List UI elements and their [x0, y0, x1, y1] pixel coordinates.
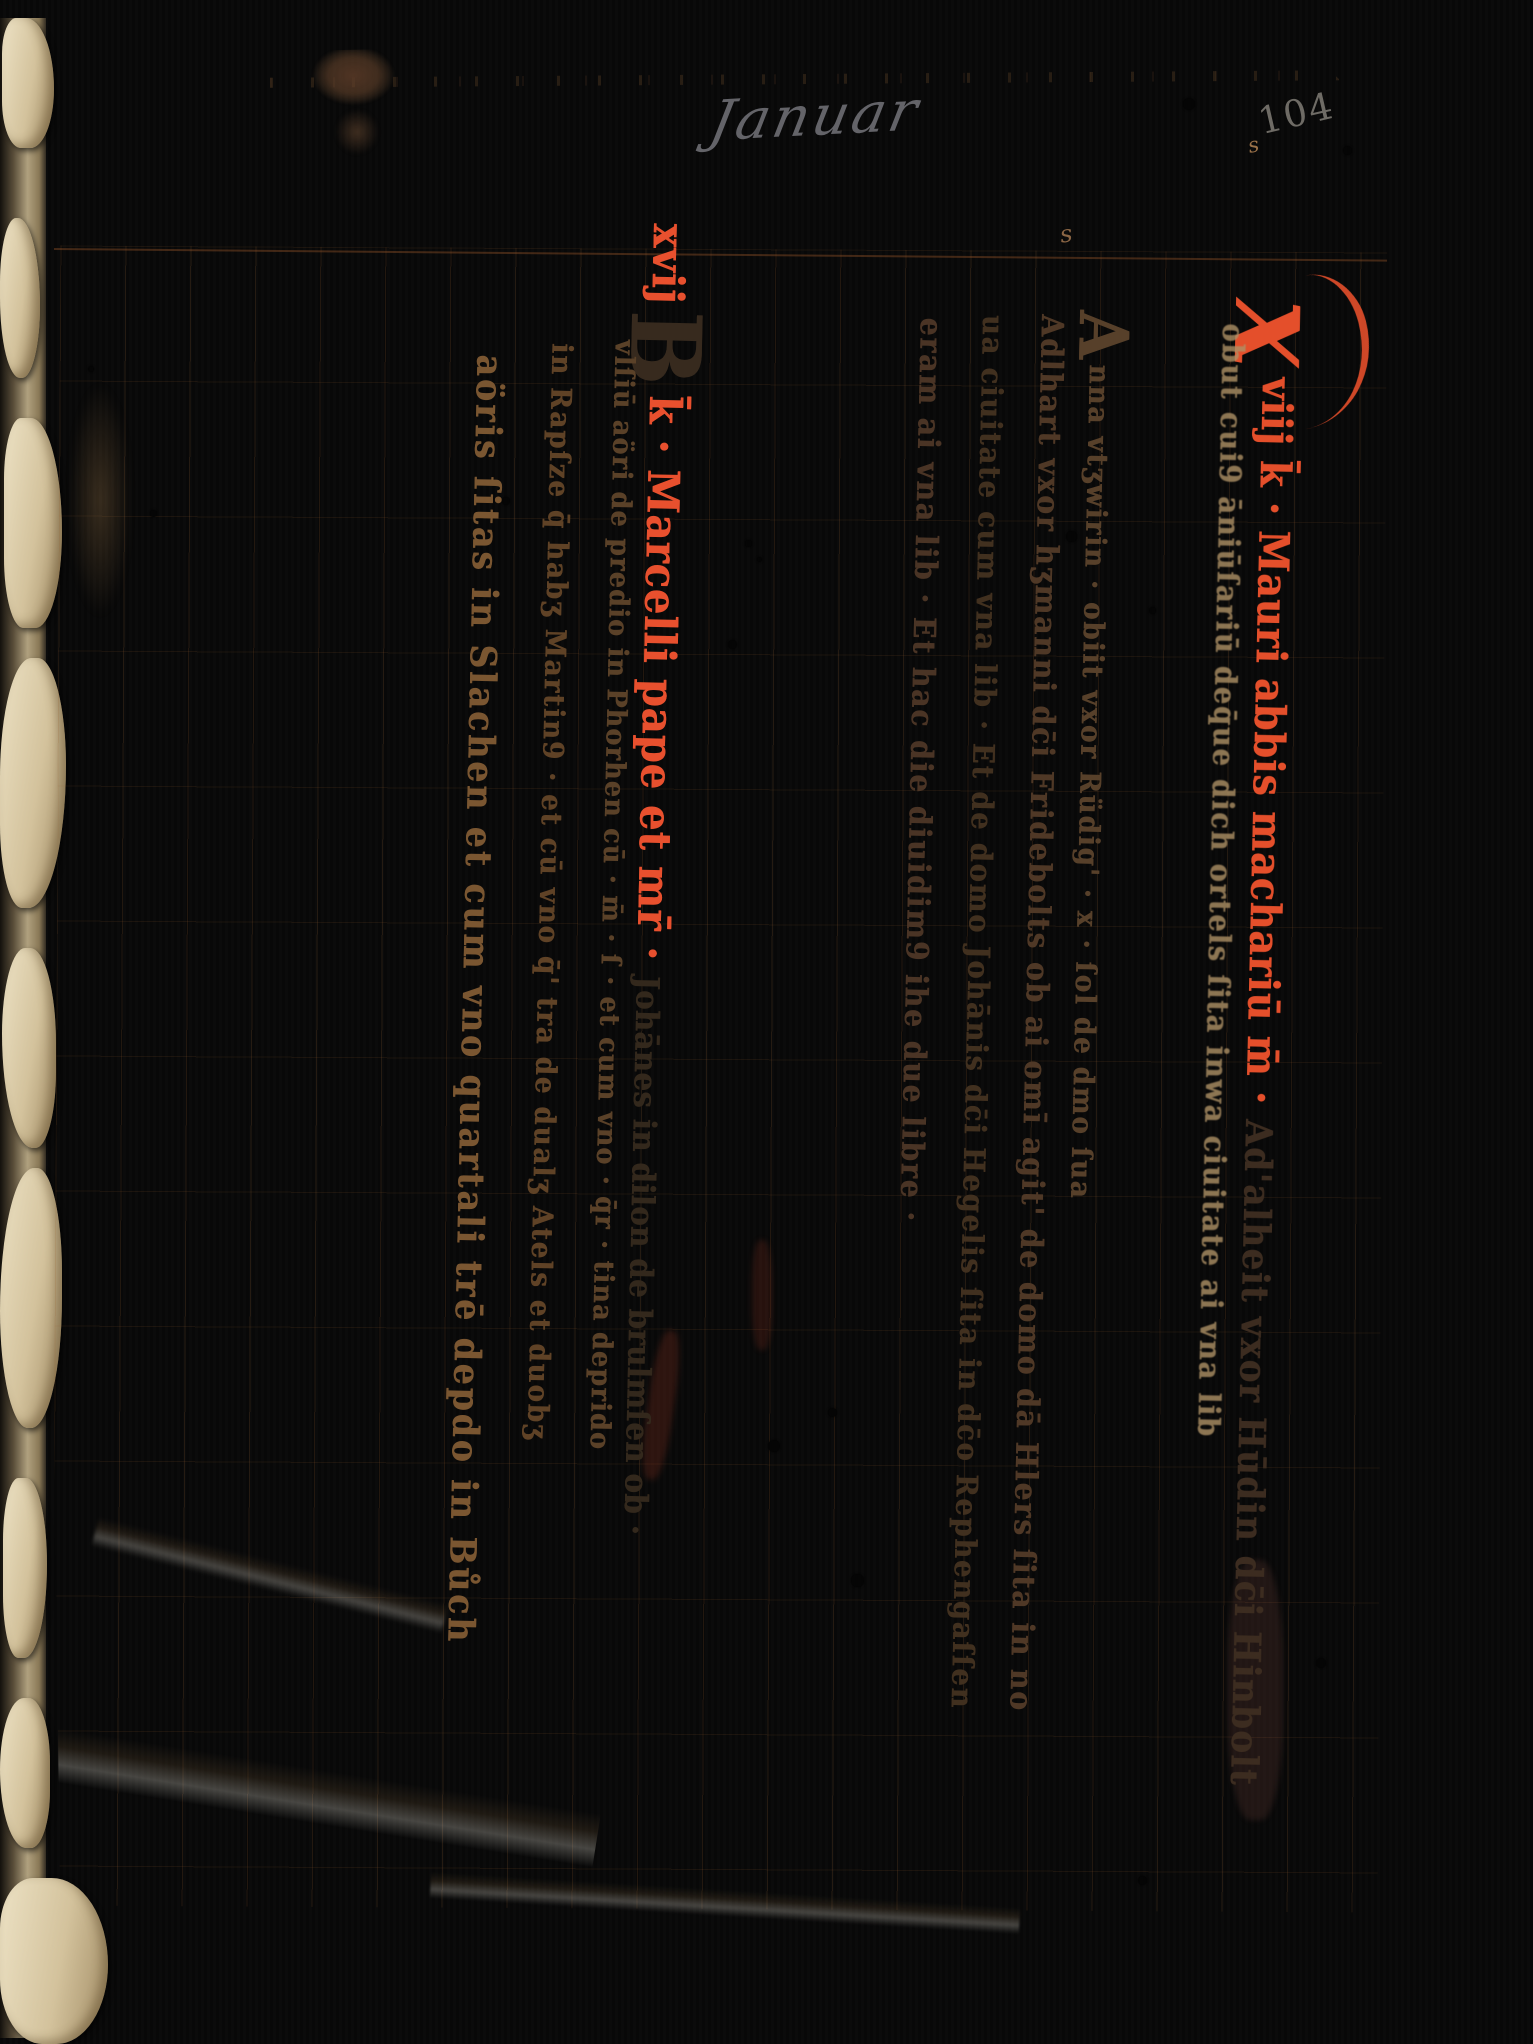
wormhole [1316, 1658, 1326, 1668]
entry1-kalends: k̄ · [1250, 460, 1301, 517]
entry1-line-initial: A [1075, 310, 1131, 361]
wormhole [88, 366, 94, 372]
entry1-line-text: nna vtʒwirin · obiit vxor Rüdig' · x · ſ… [1063, 364, 1115, 1200]
parchment-stub [0, 1698, 50, 1848]
wormhole [1343, 146, 1352, 155]
photo-backdrop: Januar 104 s s xviij k̄ · Mauri abbis ma… [0, 0, 1533, 2044]
manuscript-text-block: xviij k̄ · Mauri abbis machariū m̄ · Ad'… [384, 280, 1302, 2000]
parchment-stub [0, 658, 66, 908]
entry2-text-line: in Rapſze q̄ habʒ Martin9 · et cū vno q̄… [520, 343, 578, 1441]
entry1-text-line: eram ai vna lib · Et hac die diuidim9 ih… [893, 317, 950, 1223]
margin-mark: s [1058, 219, 1074, 248]
entry1-text-line: ua ciuitate cum vna lib · Et de domo Joh… [944, 315, 1010, 1710]
folio-number: 104 [1254, 84, 1338, 143]
ink-stain-tail [330, 104, 384, 160]
gutter-stain [60, 350, 140, 650]
parchment-stub [2, 18, 54, 148]
manuscript-page: Januar 104 s s xviij k̄ · Mauri abbis ma… [0, 0, 1533, 2044]
entry1-obit-name: Ad'alheit vxor Hūdin dc̄i Hinbolt [1221, 1119, 1280, 1787]
wormhole [1183, 98, 1195, 110]
wormhole [150, 510, 157, 517]
margin-mark: s [1246, 132, 1262, 158]
entry1-feast: Mauri abbis machariū m̄ · [1237, 530, 1300, 1106]
entry2-day-numeral: xvij [641, 223, 695, 305]
pencil-month-label: Januar [704, 79, 925, 155]
entry2-text-line: aöris ſitas in Slachen et cum vno quarta… [439, 354, 511, 1645]
